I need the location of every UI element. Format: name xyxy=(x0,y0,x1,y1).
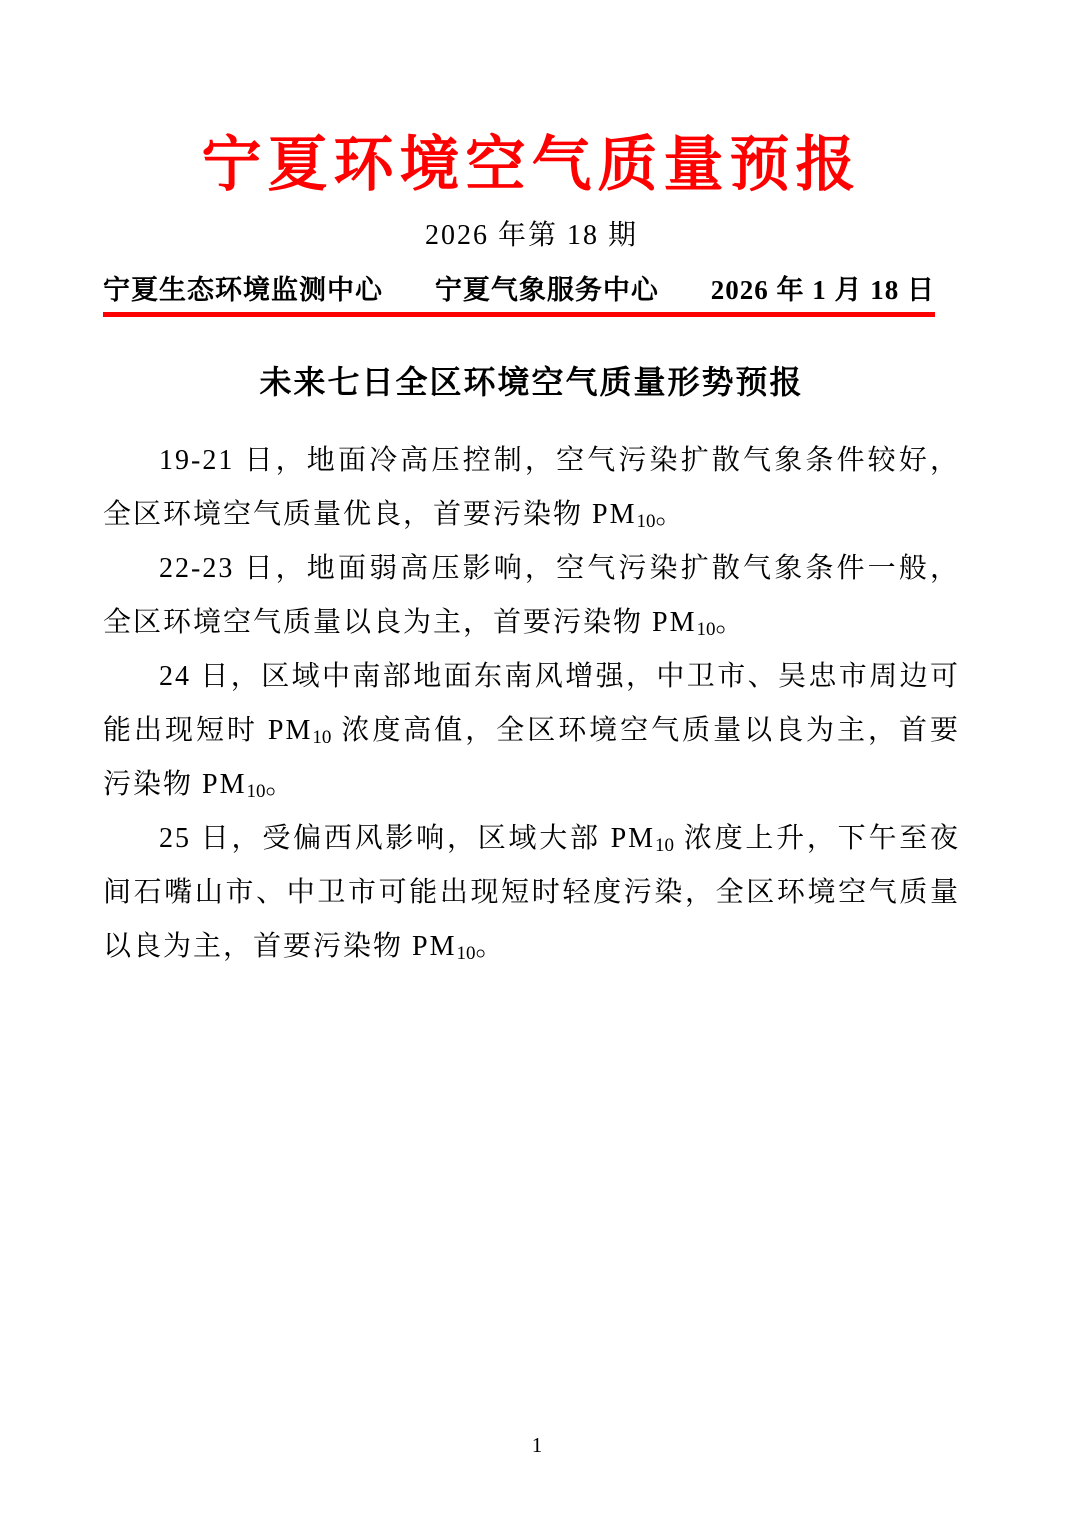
document-title: 宁夏环境空气质量预报 xyxy=(103,126,960,204)
pm-subscript: 10 xyxy=(246,781,265,802)
forecast-body: 19-21 日，地面冷高压控制，空气污染扩散气象条件较好，全区环境空气质量优良，… xyxy=(103,434,960,974)
document-page: 宁夏环境空气质量预报 2026 年第 18 期 宁夏生态环境监测中心 宁夏气象服… xyxy=(0,0,1074,1520)
publisher-row: 宁夏生态环境监测中心 宁夏气象服务中心 2026 年 1 月 18 日 xyxy=(103,273,935,317)
pm-subscript: 10 xyxy=(696,619,715,640)
issue-date: 2026 年 1 月 18 日 xyxy=(711,273,935,307)
document-content: 宁夏环境空气质量预报 2026 年第 18 期 宁夏生态环境监测中心 宁夏气象服… xyxy=(103,0,960,974)
body-paragraph: 22-23 日，地面弱高压影响，空气污染扩散气象条件一般，全区环境空气质量以良为… xyxy=(103,542,960,650)
pm-subscript: 10 xyxy=(636,511,655,532)
publisher-right: 宁夏气象服务中心 xyxy=(435,273,659,307)
publisher-left: 宁夏生态环境监测中心 xyxy=(103,273,383,307)
page-number: 1 xyxy=(0,1431,1074,1459)
body-paragraph: 25 日，受偏西风影响，区域大部 PM10 浓度上升，下午至夜间石嘴山市、中卫市… xyxy=(103,812,960,974)
pm-subscript: 10 xyxy=(312,727,331,748)
body-paragraph: 19-21 日，地面冷高压控制，空气污染扩散气象条件较好，全区环境空气质量优良，… xyxy=(103,434,960,542)
body-paragraph: 24 日，区域中南部地面东南风增强，中卫市、吴忠市周边可能出现短时 PM10 浓… xyxy=(103,650,960,812)
pm-subscript: 10 xyxy=(655,835,674,856)
pm-subscript: 10 xyxy=(456,943,475,964)
section-heading: 未来七日全区环境空气质量形势预报 xyxy=(103,361,960,403)
issue-line: 2026 年第 18 期 xyxy=(103,218,960,254)
